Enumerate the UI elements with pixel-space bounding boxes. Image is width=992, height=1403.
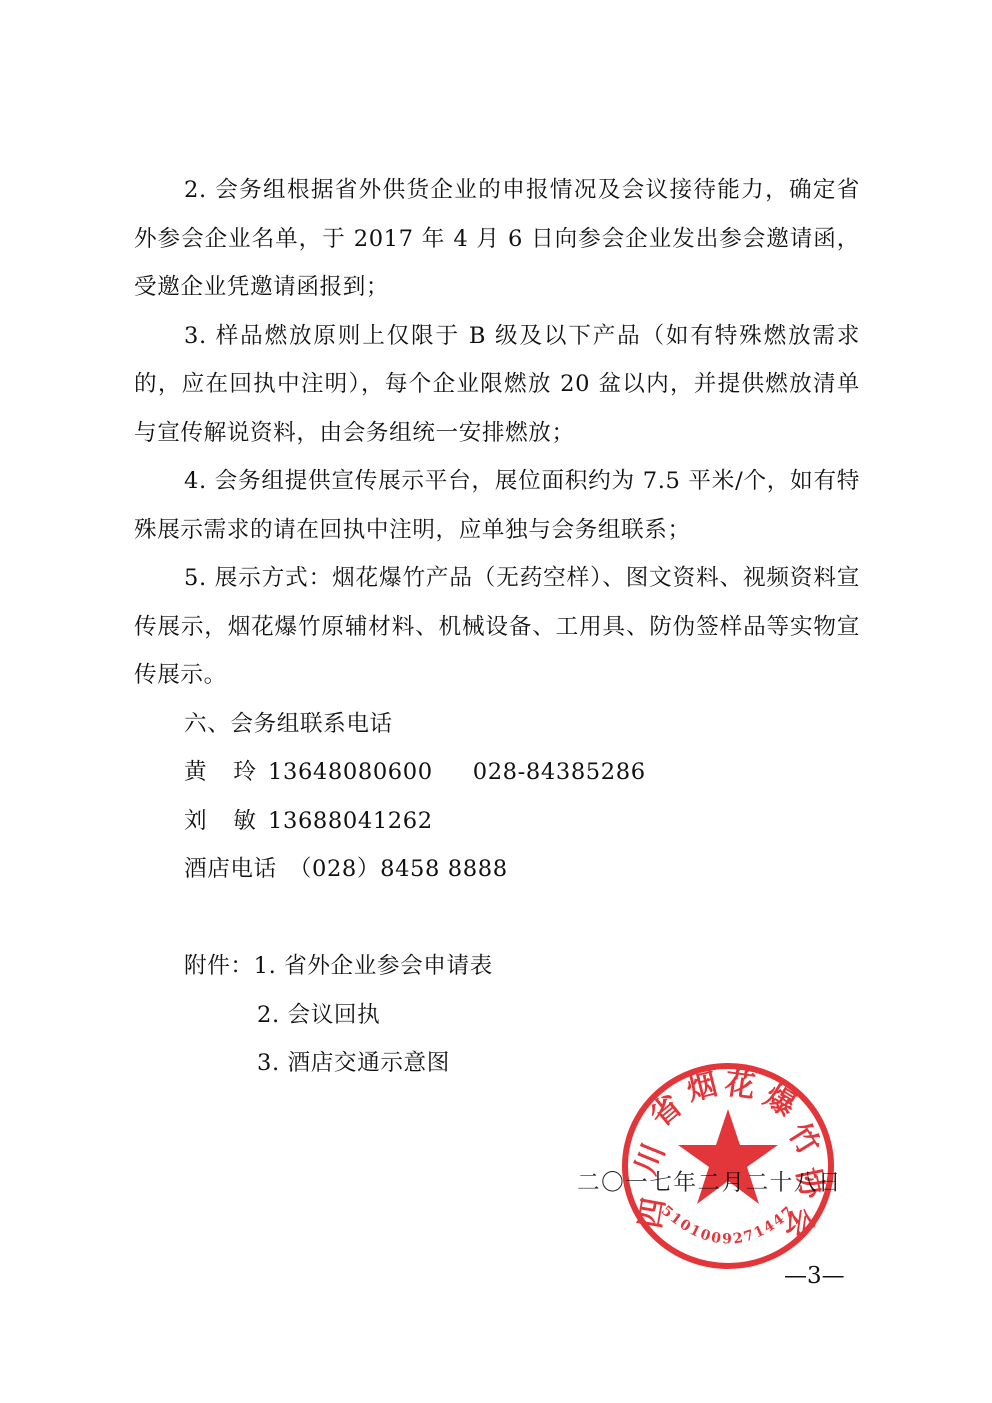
svg-text:川: 川 xyxy=(629,1139,673,1180)
contact-row: 黄玲13648080600028-84385286 xyxy=(134,748,860,797)
document-page: 2. 会务组根据省外供货企业的申报情况及会议接待能力，确定省外参会企业名单，于 … xyxy=(0,0,992,1403)
contact-mobile: 13688041262 xyxy=(268,808,433,834)
attachment-item: 1. 省外企业参会申请表 xyxy=(254,953,493,979)
contact-name-char: 敏 xyxy=(233,797,256,846)
contact-name: 黄玲 xyxy=(184,748,256,797)
contact-landline: 028-84385286 xyxy=(473,759,646,785)
svg-text:花: 花 xyxy=(722,1066,758,1105)
contact-name-char: 黄 xyxy=(184,759,207,785)
section-heading-contacts: 六、会务组联系电话 xyxy=(134,700,860,749)
paragraph-item-3: 3. 样品燃放原则上仅限于 B 级及以下产品（如有特殊燃放需求的，应在回执中注明… xyxy=(134,312,860,458)
attachments-label: 附件： xyxy=(184,953,254,979)
paragraph-item-5: 5. 展示方式：烟花爆竹产品（无药空样）、图文资料、视频资料宣传展示，烟花爆竹原… xyxy=(134,554,860,700)
svg-text:爆: 爆 xyxy=(758,1079,802,1125)
star-icon xyxy=(678,1109,778,1204)
contact-mobile: 13648080600 xyxy=(268,759,433,785)
paragraph-item-4: 4. 会务组提供宣传展示平台，展位面积约为 7.5 平米/个，如有特殊展示需求的… xyxy=(134,457,860,554)
paragraph-item-2: 2. 会务组根据省外供货企业的申报情况及会议接待能力，确定省外参会企业名单，于 … xyxy=(134,166,860,312)
svg-text:省: 省 xyxy=(644,1088,689,1134)
hotel-phone-number: （028）8458 8888 xyxy=(289,856,508,882)
contact-name-char: 刘 xyxy=(184,808,207,834)
document-body: 2. 会务组根据省外供货企业的申报情况及会议接待能力，确定省外参会企业名单，于 … xyxy=(134,166,860,1088)
seal-code: 5101009271447 xyxy=(658,1203,798,1248)
attachments-first-row: 附件：1. 省外企业参会申请表 xyxy=(134,942,860,991)
official-seal-stamp: 四 川 省 烟 花 爆 竹 协 会 5101009271447 xyxy=(620,1061,836,1271)
contact-row: 刘敏13688041262 xyxy=(134,797,860,846)
contact-name: 刘敏 xyxy=(184,797,256,846)
attachment-item: 2. 会议回执 xyxy=(134,991,860,1040)
contact-name-char: 玲 xyxy=(233,748,256,797)
hotel-phone-label: 酒店电话 xyxy=(184,856,277,882)
spacer xyxy=(134,894,860,943)
hotel-phone-row: 酒店电话（028）8458 8888 xyxy=(134,845,860,894)
svg-text:烟: 烟 xyxy=(682,1067,721,1108)
